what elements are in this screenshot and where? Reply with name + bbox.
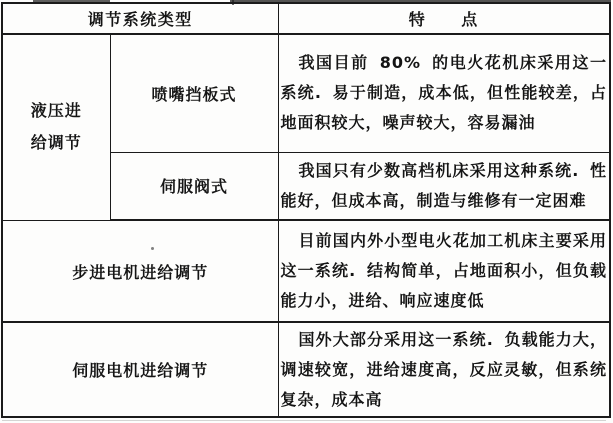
scan-artifact-line (33, 0, 110, 2)
row-servo-motor: 伺服电机进给调节 国外大部分采用这一系统. 负载能力大，调速较宽，进给速度高，反… (2, 322, 610, 417)
cell-group-hydraulic-feed: 液压进 给调节 (2, 34, 110, 220)
scan-artifact-tick (232, 0, 234, 5)
header-row: 调节系统类型 特 点 (2, 3, 610, 34)
row-nozzle-baffle: 液压进 给调节 喷嘴挡板式 我国目前 80% 的电火花机床采用这一系统. 易于制… (2, 34, 610, 152)
header-cell-regulation-type: 调节系统类型 (2, 3, 278, 34)
cell-type-stepper-motor-feed: 步进电机进给调节 (2, 220, 278, 322)
scan-artifact-line (2, 420, 606, 421)
header-cell-features: 特 点 (278, 3, 610, 34)
regulation-systems-table: 调节系统类型 特 点 液压进 给调节 喷嘴挡板式 我国目前 80% 的电火花机床… (1, 2, 611, 418)
cell-feature-servo-motor: 国外大部分采用这一系统. 负载能力大，调速较宽，进给速度高，反应灵敏，但系统复杂… (278, 322, 610, 417)
feature-text-nozzle-baffle: 我国目前 80% 的电火花机床采用这一系统. 易于制造，成本低，但性能较差，占地… (281, 48, 608, 138)
cell-type-servo-valve: 伺服阀式 (110, 152, 278, 220)
feature-text-servo-motor: 国外大部分采用这一系统. 负载能力大，调速较宽，进给速度高，反应灵敏，但系统复杂… (281, 325, 608, 415)
cell-feature-nozzle-baffle: 我国目前 80% 的电火花机床采用这一系统. 易于制造，成本低，但性能较差，占地… (278, 34, 610, 152)
row-stepper-motor: 步进电机进给调节 目前国内外小型电火花加工机床主要采用这一系统. 结构简单，占地… (2, 220, 610, 322)
cell-type-nozzle-baffle: 喷嘴挡板式 (110, 34, 278, 152)
feature-text-stepper-motor: 目前国内外小型电火花加工机床主要采用这一系统. 结构简单，占地面积小，但负载能力… (281, 226, 608, 316)
cell-feature-servo-valve: 我国只有少数高档机床采用这种系统. 性能好，但成本高，制造与维修有一定困难 (278, 152, 610, 220)
scan-artifact-dot (151, 247, 154, 250)
scan-artifact-line (230, 0, 611, 2)
cell-feature-stepper-motor: 目前国内外小型电火花加工机床主要采用这一系统. 结构简单，占地面积小，但负载能力… (278, 220, 610, 322)
cell-type-servo-motor-feed: 伺服电机进给调节 (2, 322, 278, 417)
feature-text-servo-valve: 我国只有少数高档机床采用这种系统. 性能好，但成本高，制造与维修有一定困难 (281, 156, 608, 216)
